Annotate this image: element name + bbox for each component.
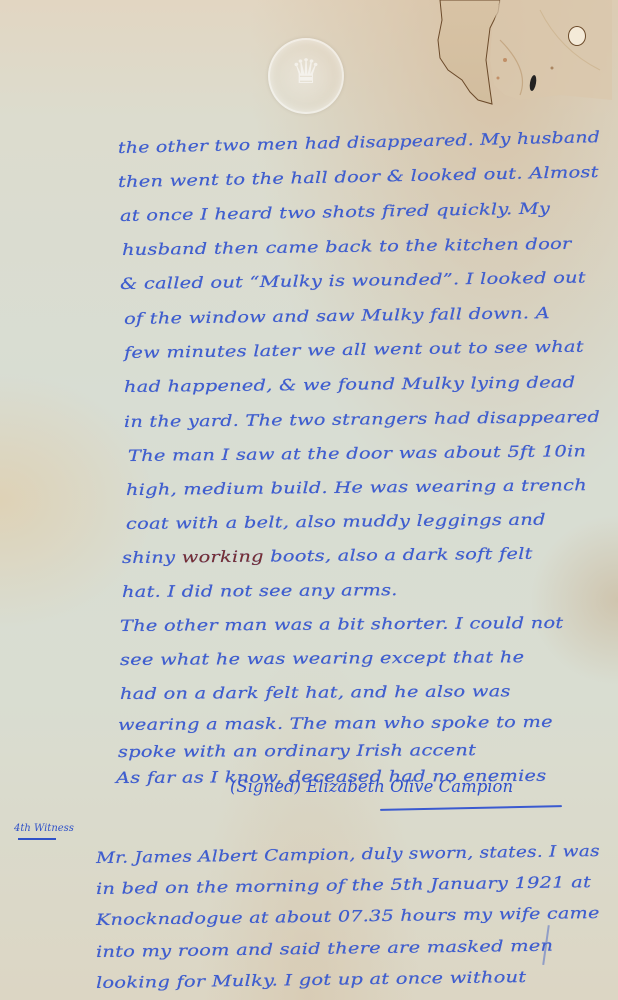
- signature-underline: [380, 805, 562, 811]
- margin-note-underline: [18, 838, 56, 840]
- correction-text: working: [182, 548, 264, 567]
- statement-line: few minutes later we all went out to see…: [124, 335, 584, 365]
- statement-line: looking for Mulky. I got up at once with…: [96, 965, 527, 995]
- statement-line: high, medium build. He was wearing a tre…: [126, 473, 587, 502]
- line-text: boots, also a dark soft felt: [264, 545, 533, 566]
- statement-line: Knocknadogue at about 07.35 hours my wif…: [96, 901, 600, 932]
- statement-line: The other man was a bit shorter. I could…: [120, 611, 564, 638]
- statement-line: had on a dark felt hat, and he also was: [120, 679, 511, 706]
- statement-line: in bed on the morning of the 5th January…: [96, 870, 591, 901]
- punch-hole: [568, 26, 586, 46]
- margin-note: 4th Witness: [14, 822, 74, 836]
- statement-line: at once I heard two shots fired quickly.…: [120, 196, 551, 228]
- statement-line: see what he was wearing except that he: [120, 645, 524, 672]
- statement-line: the other two men had disappeared. My hu…: [118, 125, 601, 160]
- statement-line: The man I saw at the door was about 5ft …: [128, 439, 586, 468]
- signature: (Signed) Elizabeth Olive Campion: [230, 773, 513, 801]
- statement-line: & called out “Mulky is wounded”. I looke…: [120, 265, 586, 296]
- statement-line: coat with a belt, also muddy leggings an…: [126, 508, 546, 536]
- line-text: shiny: [122, 548, 182, 567]
- statement-line: had happened, & we found Mulky lying dea…: [124, 370, 576, 399]
- statement-line: into my room and said there are masked m…: [96, 934, 554, 964]
- document-page: the other two men had disappeared. My hu…: [0, 0, 618, 1000]
- statement-line: husband then came back to the kitchen do…: [122, 232, 572, 262]
- statement-line: spoke with an ordinary Irish accent: [118, 738, 476, 764]
- statement-line-with-correction: shiny working boots, also a dark soft fe…: [122, 542, 533, 570]
- statement-line: then went to the hall door & looked out.…: [118, 160, 599, 194]
- statement-line: Mr. James Albert Campion, duly sworn, st…: [96, 839, 600, 870]
- embossed-seal-icon: [268, 38, 344, 114]
- statement-line: hat. I did not see any arms.: [122, 578, 398, 604]
- statement-line: wearing a mask. The man who spoke to me: [118, 710, 553, 737]
- statement-line: in the yard. The two strangers had disap…: [124, 405, 600, 434]
- statement-line: of the window and saw Mulky fall down. A: [124, 301, 550, 331]
